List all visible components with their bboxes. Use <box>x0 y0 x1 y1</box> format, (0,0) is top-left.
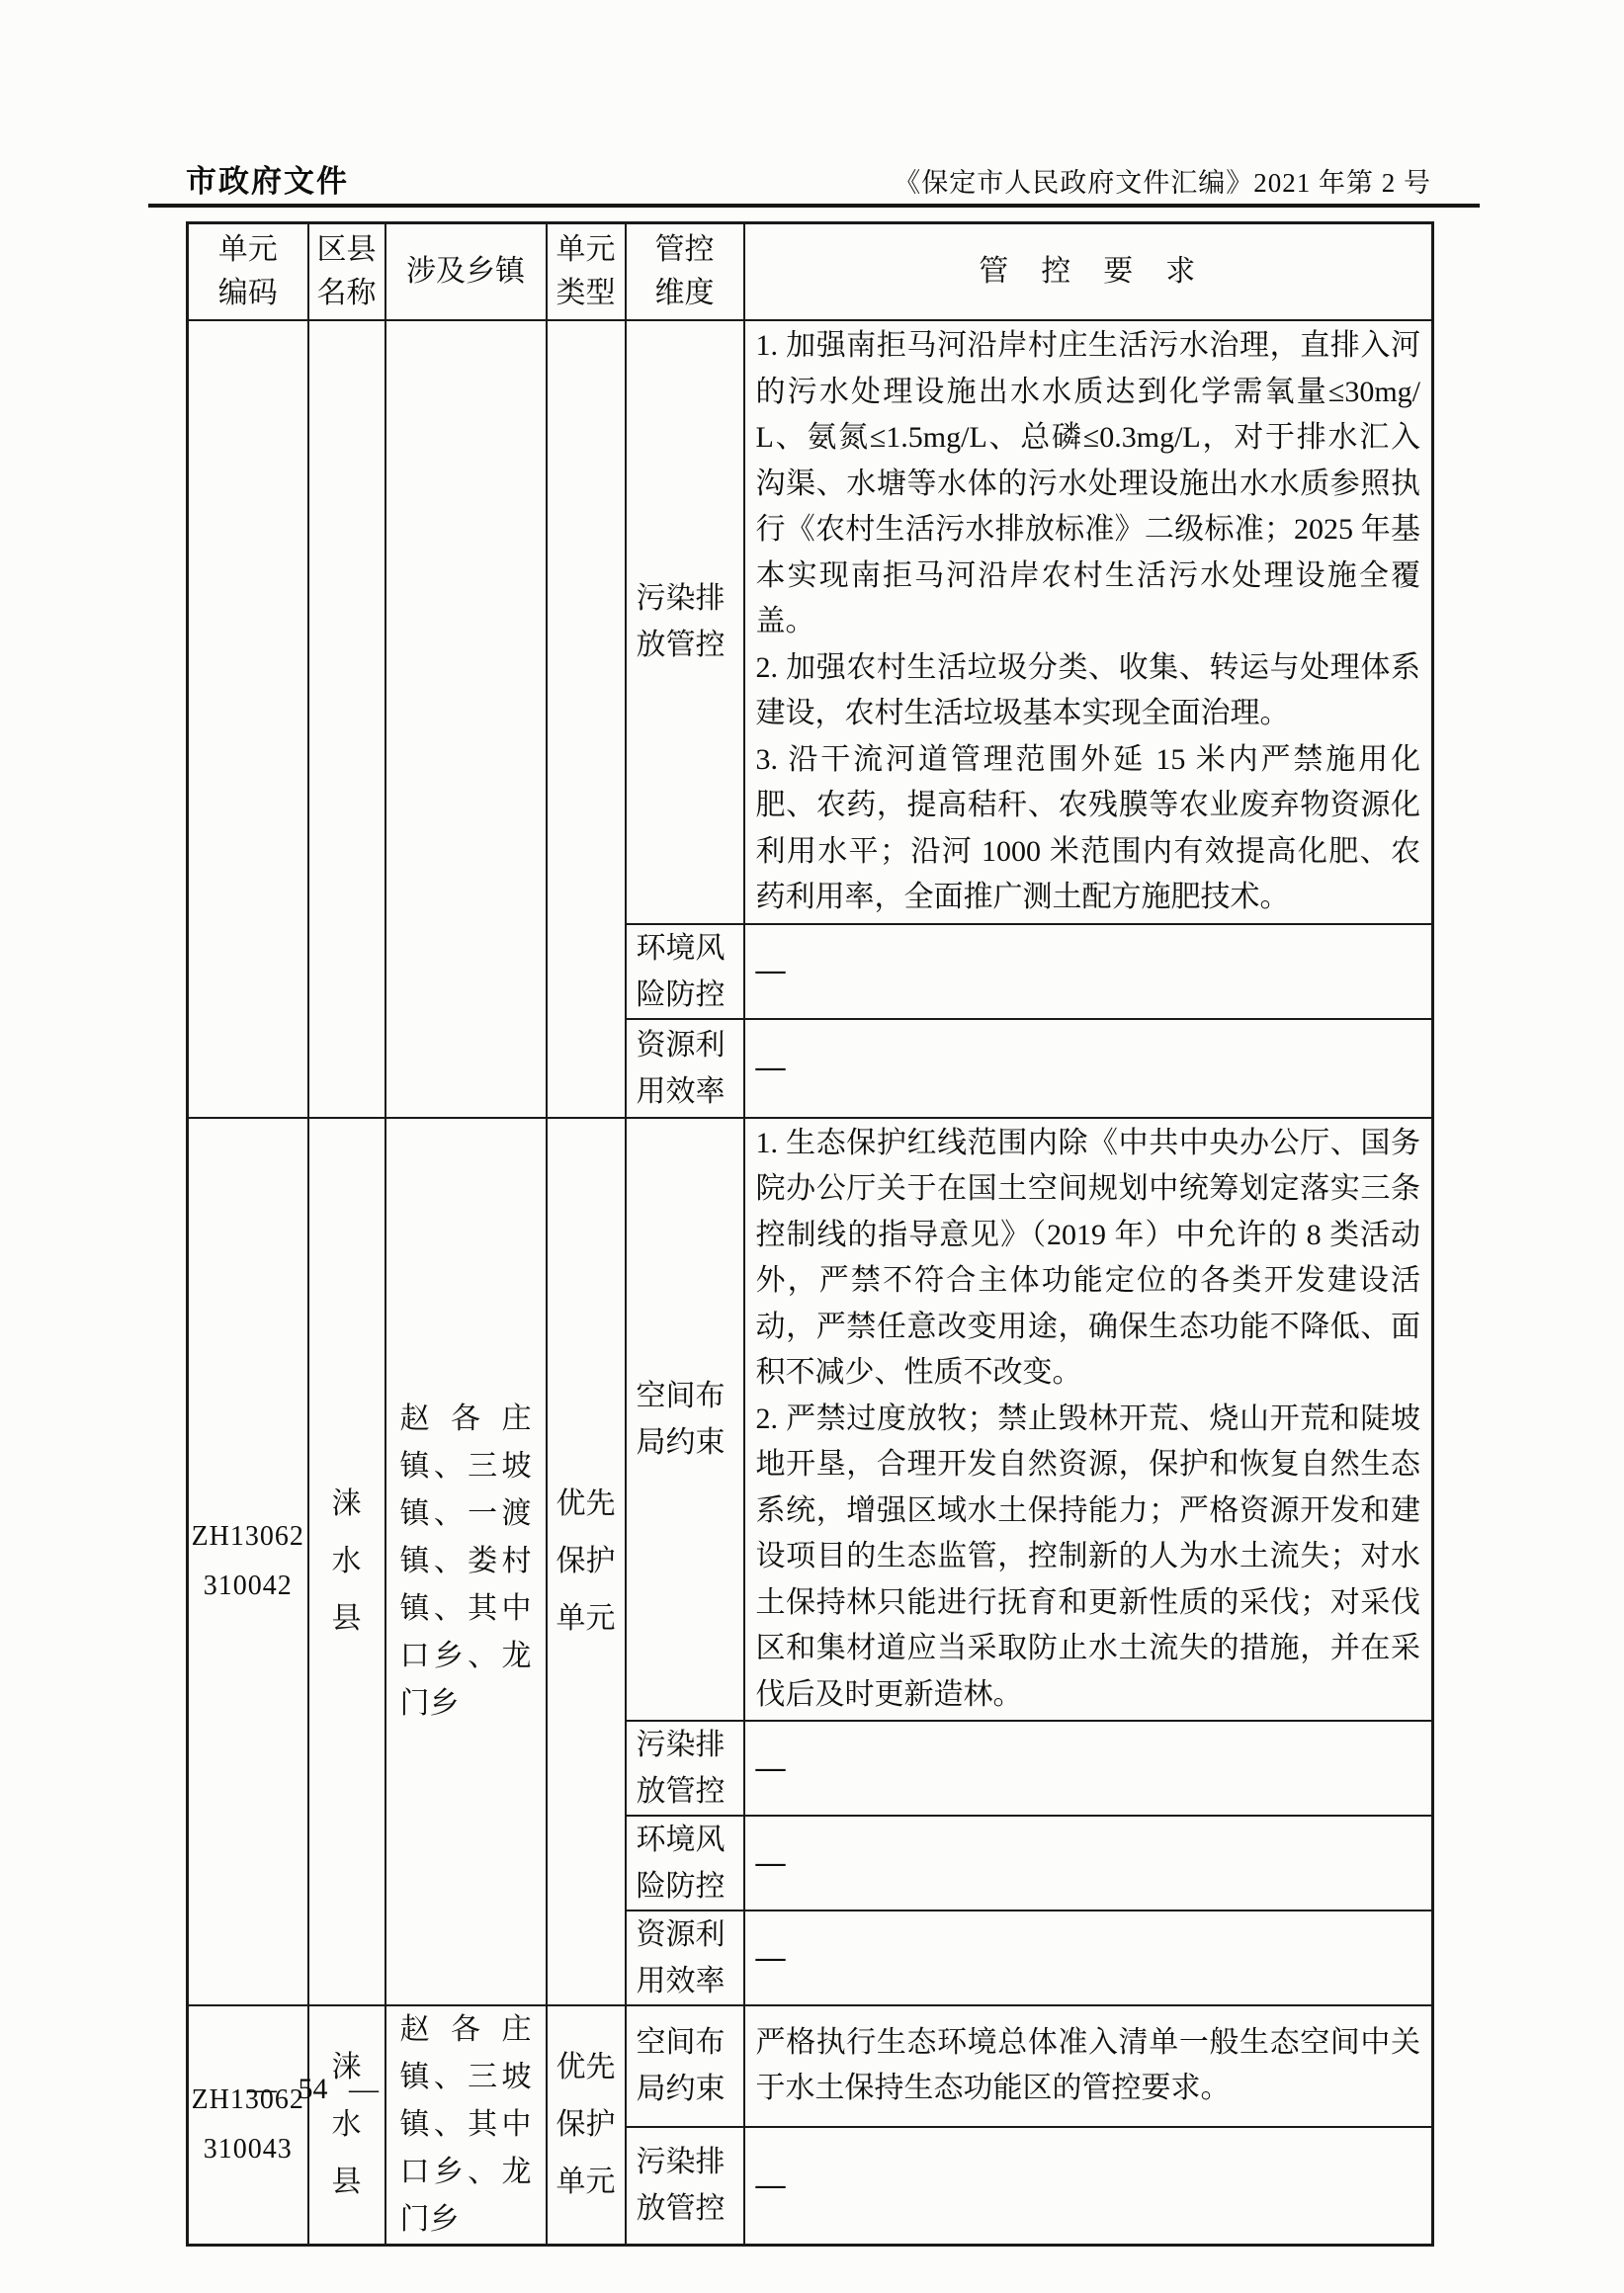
dimension-cell: 资源利用效率 <box>626 1019 744 1118</box>
page-number: — 54 — <box>247 2073 379 2106</box>
dimension-cell: 资源利用效率 <box>626 1911 744 2005</box>
table-header-row: 单元编码 区县名称 涉及乡镇 单元类型 管控维度 管控要求 <box>188 223 1433 321</box>
dimension-cell: 空间布局约束 <box>626 1118 744 1722</box>
col-header-townships-label: 涉及乡镇 <box>406 255 525 288</box>
dimension-cell: 环境风险防控 <box>626 1816 744 1911</box>
requirement-cell: — <box>744 1721 1433 1816</box>
col-header-townships: 涉及乡镇 <box>385 223 547 321</box>
requirement-cell: 1. 加强南拒马河沿岸村庄生活污水治理，直排入河的污水处理设施出水水质达到化学需… <box>744 320 1433 924</box>
requirement-cell: — <box>744 1816 1433 1911</box>
col-header-unit-code-label: 单元编码 <box>216 228 279 315</box>
unit-type-cell: 优先保护单元 <box>547 1118 626 2006</box>
header-rule <box>148 204 1480 208</box>
unit-code-cell: ZH13062 310043 <box>188 2005 308 2246</box>
page-header-left: 市政府文件 <box>186 156 349 201</box>
control-requirements-table: 单元编码 区县名称 涉及乡镇 单元类型 管控维度 管控要求 污染排放管控1. 加… <box>186 221 1434 2247</box>
table-body: 污染排放管控1. 加强南拒马河沿岸村庄生活污水治理，直排入河的污水处理设施出水水… <box>188 320 1433 2246</box>
townships-cell: 赵各庄镇、三坡镇、一渡镇、娄村镇、其中口乡、龙门乡 <box>385 1118 547 2006</box>
table-row: ZH13062 310042涞水县赵各庄镇、三坡镇、一渡镇、娄村镇、其中口乡、龙… <box>188 1118 1433 1722</box>
requirement-cell: — <box>744 924 1433 1019</box>
page-header-right: 《保定市人民政府文件汇编》2021 年第 2 号 <box>894 161 1431 200</box>
unit-type-cell: 优先保护单元 <box>547 2005 626 2246</box>
unit-code-cell: ZH13062 310042 <box>188 1118 308 2006</box>
dimension-cell: 污染排放管控 <box>626 2127 744 2246</box>
county-cell: 涞水县 <box>308 2005 385 2246</box>
requirement-cell: 1. 生态保护红线范围内除《中共中央办公厅、国务院办公厅关于在国土空间规划中统筹… <box>744 1118 1433 1722</box>
document-page: 市政府文件 《保定市人民政府文件汇编》2021 年第 2 号 单元编码 区县名称… <box>0 0 1624 2293</box>
table-row: ZH13062 310043涞水县赵各庄镇、三坡镇、其中口乡、龙门乡优先保护单元… <box>188 2005 1433 2127</box>
col-header-county: 区县名称 <box>308 223 385 321</box>
county-cell <box>308 320 385 1118</box>
requirement-cell: — <box>744 1019 1433 1118</box>
county-cell: 涞水县 <box>308 1118 385 2006</box>
table-row: 污染排放管控1. 加强南拒马河沿岸村庄生活污水治理，直排入河的污水处理设施出水水… <box>188 320 1433 924</box>
requirement-cell: — <box>744 1911 1433 2005</box>
col-header-county-label: 区县名称 <box>315 228 378 315</box>
townships-cell <box>385 320 547 1118</box>
col-header-unit-type: 单元类型 <box>547 223 626 321</box>
unit-type-cell <box>547 320 626 1118</box>
col-header-unit-code: 单元编码 <box>188 223 308 321</box>
townships-cell: 赵各庄镇、三坡镇、其中口乡、龙门乡 <box>385 2005 547 2246</box>
requirement-cell: — <box>744 2127 1433 2246</box>
col-header-dimension: 管控维度 <box>626 223 744 321</box>
dimension-cell: 污染排放管控 <box>626 1721 744 1816</box>
unit-code-cell <box>188 320 308 1118</box>
col-header-requirement: 管控要求 <box>744 223 1433 321</box>
requirement-cell: 严格执行生态环境总体准入清单一般生态空间中关于水土保持生态功能区的管控要求。 <box>744 2005 1433 2127</box>
col-header-unit-type-label: 单元类型 <box>555 228 617 315</box>
dimension-cell: 污染排放管控 <box>626 320 744 924</box>
dimension-cell: 空间布局约束 <box>626 2005 744 2127</box>
dimension-cell: 环境风险防控 <box>626 924 744 1019</box>
col-header-dimension-label: 管控维度 <box>653 228 716 315</box>
